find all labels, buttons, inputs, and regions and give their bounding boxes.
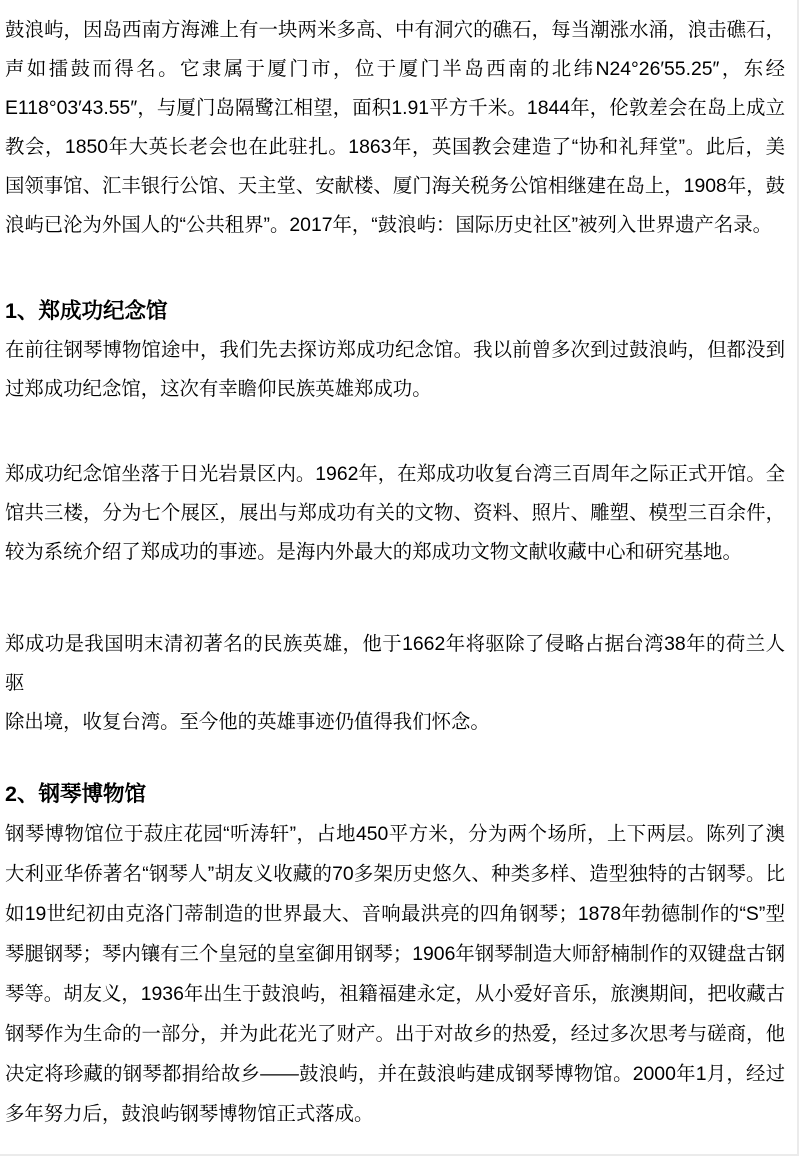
text-line: 国领事馆、汇丰银行公馆、天主堂、安献楼、厦门海关税务公馆相继建在岛上，1908年… (5, 167, 785, 206)
text-line: 鼓浪屿，因岛西南方海滩上有一块两米多高、中有洞穴的礁石，每当潮涨水涌，浪击礁石， (5, 11, 785, 50)
text-line: 大利亚华侨著名“钢琴人”胡友义收藏的70多架历史悠久、种类多样、造型独特的古钢琴… (5, 854, 785, 894)
section-1-heading: 1、郑成功纪念馆 (5, 292, 785, 331)
text-line: 多年努力后，鼓浪屿钢琴博物馆正式落成。 (5, 1094, 785, 1134)
section-1-paragraph-2: 郑成功纪念馆坐落于日光岩景区内。1962年，在郑成功收复台湾三百周年之际正式开馆… (5, 455, 785, 572)
text-line: 馆共三楼，分为七个展区，展出与郑成功有关的文物、资料、照片、雕塑、模型三百余件， (5, 494, 785, 533)
text-line: 如19世纪初由克洛门蒂制造的世界最大、音响最洪亮的四角钢琴；1878年勃德制作的… (5, 894, 785, 934)
section-1-paragraph-3: 郑成功是我国明末清初著名的民族英雄，他于1662年将驱除了侵略占据台湾38年的荷… (5, 625, 785, 742)
text-line: 教会，1850年大英长老会也在此驻扎。1863年，英国教会建造了“协和礼拜堂”。… (5, 128, 785, 167)
text-line: 过郑成功纪念馆，这次有幸瞻仰民族英雄郑成功。 (5, 370, 785, 409)
text-line: 较为系统介绍了郑成功的事迹。是海内外最大的郑成功文物文献收藏中心和研究基地。 (5, 533, 785, 572)
section-1-paragraph-1: 在前往钢琴博物馆途中，我们先去探访郑成功纪念馆。我以前曾多次到过鼓浪屿，但都没到… (5, 331, 785, 409)
text-line: 决定将珍藏的钢琴都捐给故乡——鼓浪屿，并在鼓浪屿建成钢琴博物馆。2000年1月，… (5, 1054, 785, 1094)
text-line: 琴等。胡友义，1936年出生于鼓浪屿，祖籍福建永定，从小爱好音乐，旅澳期间，把收… (5, 974, 785, 1014)
text-line: 声如擂鼓而得名。它隶属于厦门市，位于厦门半岛西南的北纬N24°26′55.25″… (5, 50, 785, 89)
section-2-heading: 2、钢琴博物馆 (5, 775, 785, 814)
text-line: 在前往钢琴博物馆途中，我们先去探访郑成功纪念馆。我以前曾多次到过鼓浪屿，但都没到 (5, 331, 785, 370)
text-line: 钢琴作为生命的一部分，并为此花光了财产。出于对故乡的热爱，经过多次思考与磋商，他 (5, 1014, 785, 1054)
text-line: 琴腿钢琴；琴内镶有三个皇冠的皇室御用钢琴；1906年钢琴制造大师舒楠制作的双键盘… (5, 934, 785, 974)
text-line: 钢琴博物馆位于菽庄花园“听涛轩”，占地450平方米，分为两个场所，上下两层。陈列… (5, 814, 785, 854)
document-page: 鼓浪屿，因岛西南方海滩上有一块两米多高、中有洞穴的礁石，每当潮涨水涌，浪击礁石，… (0, 0, 799, 1156)
text-line: 浪屿已沦为外国人的“公共租界”。2017年，“鼓浪屿：国际历史社区”被列入世界遗… (5, 206, 785, 245)
text-line: 除出境，收复台湾。至今他的英雄事迹仍值得我们怀念。 (5, 703, 785, 742)
text-line: 郑成功纪念馆坐落于日光岩景区内。1962年，在郑成功收复台湾三百周年之际正式开馆… (5, 455, 785, 494)
page-background: { "page": { "background": "#ffffff", "te… (0, 0, 799, 1156)
text-line: 郑成功是我国明末清初著名的民族英雄，他于1662年将驱除了侵略占据台湾38年的荷… (5, 625, 785, 703)
text-line: E118°03′43.55″，与厦门岛隔鹭江相望，面积1.91平方千米。1844… (5, 89, 785, 128)
intro-paragraph: 鼓浪屿，因岛西南方海滩上有一块两米多高、中有洞穴的礁石，每当潮涨水涌，浪击礁石，… (5, 11, 785, 245)
section-2-paragraph-1: 钢琴博物馆位于菽庄花园“听涛轩”，占地450平方米，分为两个场所，上下两层。陈列… (5, 814, 785, 1134)
